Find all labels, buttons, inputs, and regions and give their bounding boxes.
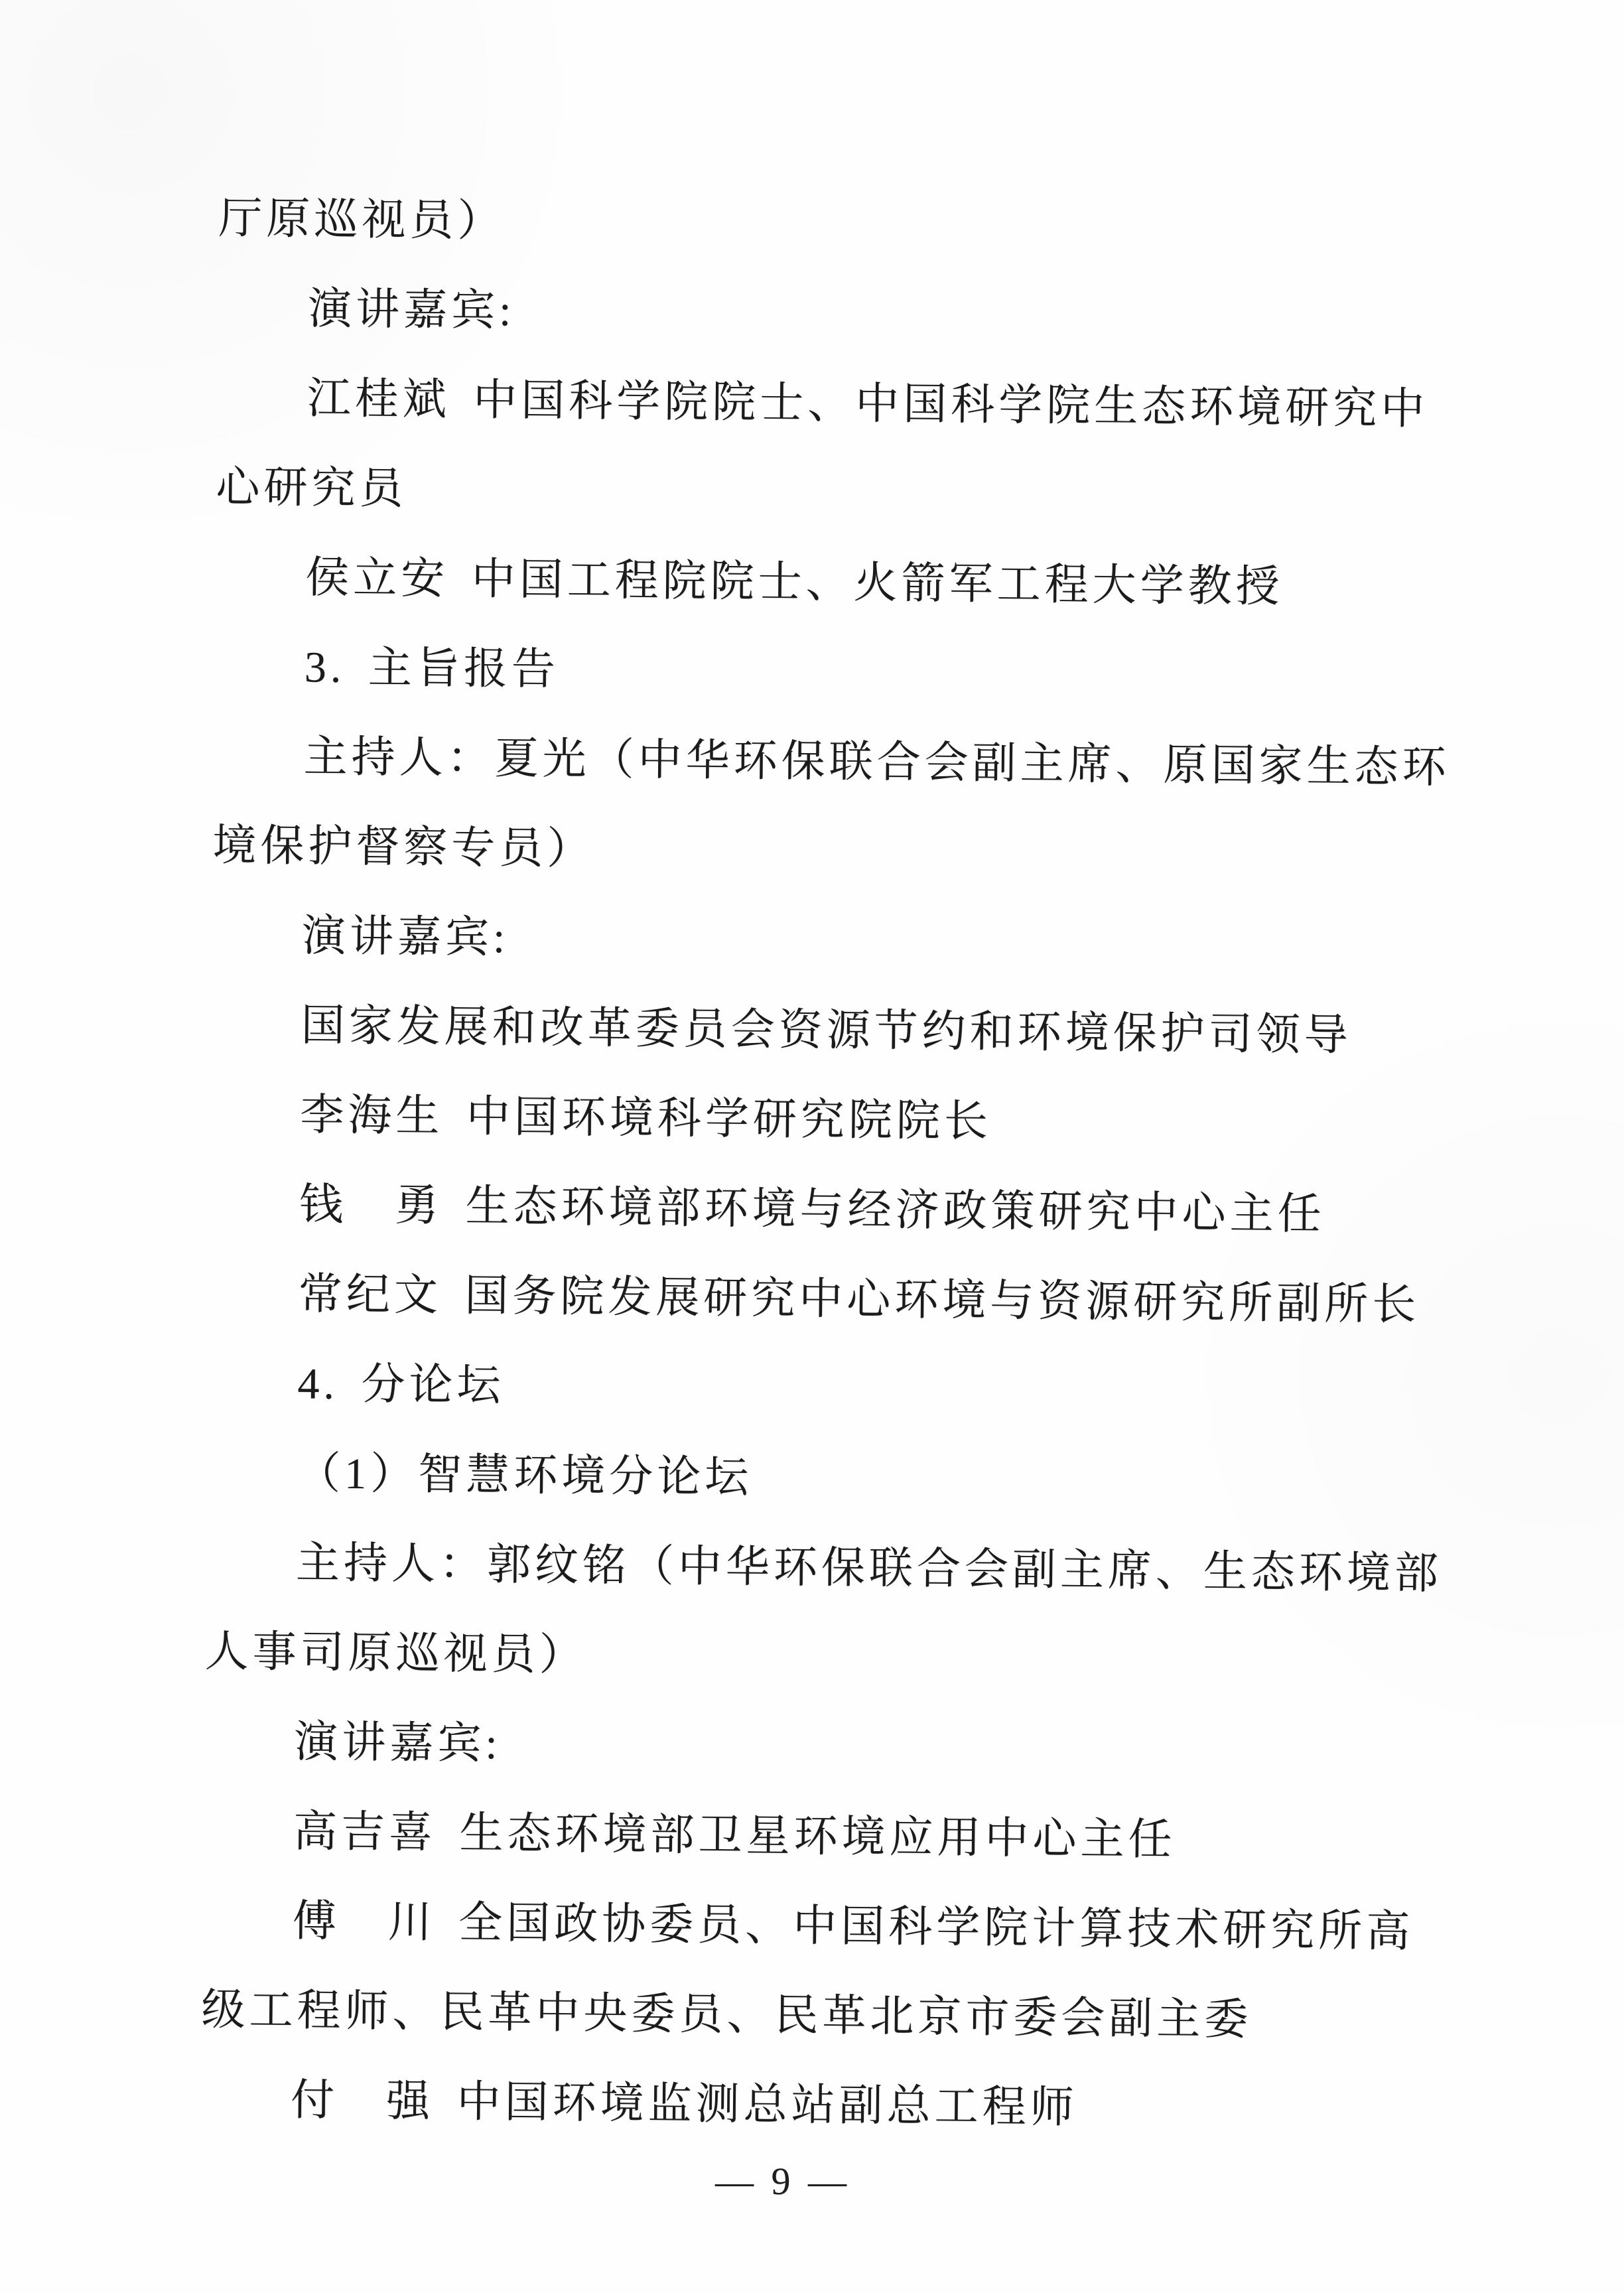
text-line-speakers-heading: 演讲嘉宾: [204, 1697, 1412, 1797]
text-line-speakers-heading: 演讲嘉宾: [217, 263, 1425, 364]
text-line-speaker: 常纪文 国务院发展研究中心环境与资源研究所副所长 [208, 1249, 1416, 1350]
text-line-moderator: 主持人：郭纹铭（中华环保联合会副主席、生态环境部 [205, 1517, 1413, 1618]
text-line-continuation: 心研究员 [216, 443, 1424, 543]
text-line-speaker: 国家发展和改革委员会资源节约和环境保护司领导 [210, 980, 1418, 1081]
text-line-continuation: 级工程师、民革中央委员、民革北京市委会副主委 [201, 1965, 1409, 2066]
text-line-continuation: 人事司原巡视员） [204, 1607, 1412, 1708]
text-line-speaker: 李海生 中国环境科学研究院院长 [210, 1070, 1418, 1170]
text-line-speaker: 高吉喜 生态环境部卫星环境应用中心主任 [202, 1786, 1410, 1887]
text-line-moderator: 主持人：夏光（中华环保联合会副主席、原国家生态环 [213, 711, 1421, 812]
text-line-speaker: 付 强 中国环境监测总站副总工程师 [200, 2055, 1408, 2156]
text-line-speaker: 侯立安 中国工程院院士、火箭军工程大学教授 [215, 532, 1423, 633]
text-line-continuation: 境保护督察专员） [212, 801, 1420, 902]
document-body: 厅原巡视员） 演讲嘉宾: 江桂斌 中国科学院院士、中国科学院生态环境研究中 心研… [200, 174, 1426, 2156]
text-line-speaker: 钱 勇 生态环境部环境与经济政策研究中心主任 [208, 1159, 1416, 1260]
page-number: — 9 — [0, 2148, 1566, 2215]
text-line-speakers-heading: 演讲嘉宾: [211, 890, 1419, 991]
text-line-subforum-heading: （1）智慧环境分论坛 [206, 1428, 1414, 1529]
document-page: 厅原巡视员） 演讲嘉宾: 江桂斌 中国科学院院士、中国科学院生态环境研究中 心研… [0, 0, 1624, 2293]
text-line-section-3-heading: 3. 主旨报告 [214, 622, 1422, 723]
text-line-section-4-heading: 4. 分论坛 [207, 1338, 1415, 1439]
text-line-continuation: 厅原巡视员） [218, 174, 1426, 275]
text-line-speaker: 傅 川 全国政协委员、中国科学院计算技术研究所高 [202, 1876, 1410, 1977]
text-line-speaker: 江桂斌 中国科学院院士、中国科学院生态环境研究中 [216, 353, 1424, 454]
